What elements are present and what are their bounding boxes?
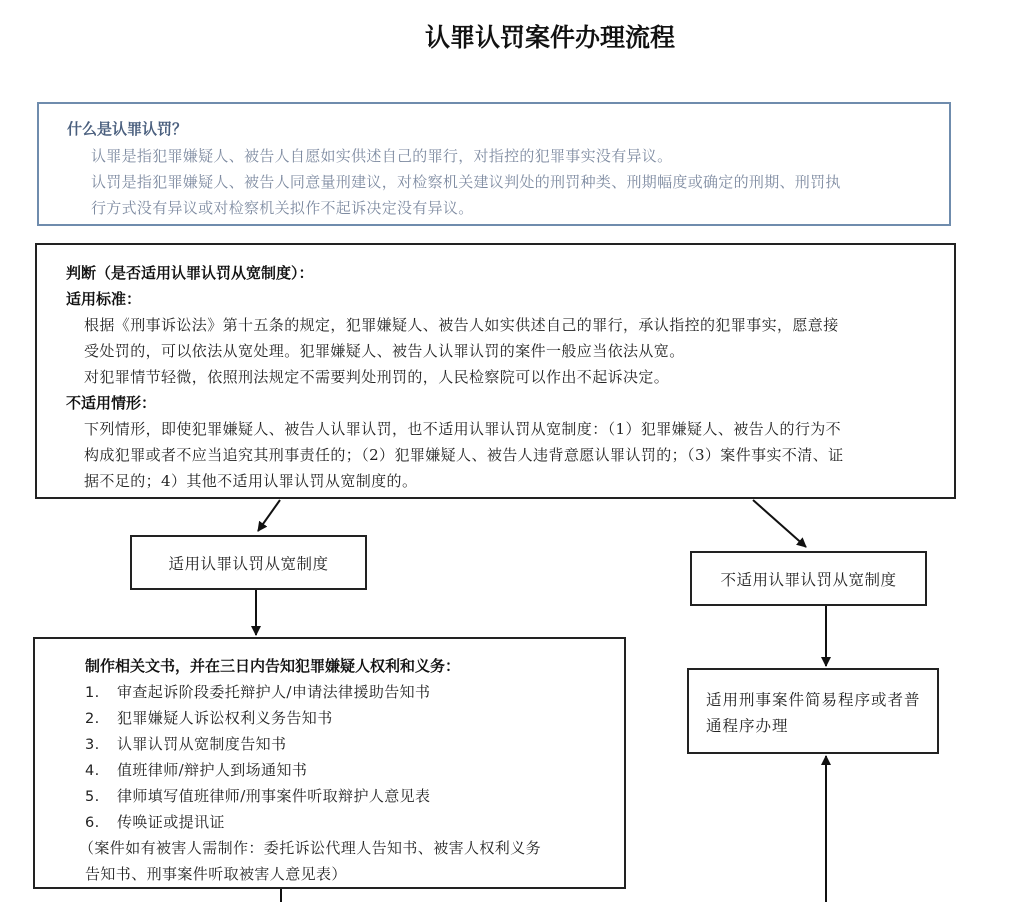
node-not-applicable: 不适用认罪认罚从宽制度 [690, 551, 927, 606]
definition-line: 认罚是指犯罪嫌疑人、被告人同意量刑建议，对检察机关建议判处的刑罚种类、刑期幅度或… [91, 171, 841, 192]
not-applicable-line: 下列情形，即使犯罪嫌疑人、被告人认罪认罚，也不适用认罪认罚从宽制度：（1）犯罪嫌… [84, 418, 841, 439]
node-procedure: 适用刑事案件简易程序或者普通程序办理 [687, 668, 939, 754]
applicable-criteria-heading: 适用标准： [66, 288, 141, 309]
documents-box: 制作相关文书，并在三日内告知犯罪嫌疑人权利和义务： 1.审查起诉阶段委托辩护人/… [33, 637, 626, 889]
document-item: 5.律师填写值班律师/刑事案件听取辩护人意见表 [85, 785, 430, 806]
judgment-box: 判断（是否适用认罪认罚从宽制度）： 适用标准： 根据《刑事诉讼法》第十五条的规定… [35, 243, 956, 499]
document-item: 2.犯罪嫌疑人诉讼权利义务告知书 [85, 707, 333, 728]
not-applicable-line: 构成犯罪或者不应当追究其刑事责任的；（2）犯罪嫌疑人、被告人违背意愿认罪认罚的；… [84, 444, 844, 465]
applicable-criteria-line: 对犯罪情节轻微，依照刑法规定不需要判处刑罚的，人民检察院可以作出不起诉决定。 [84, 366, 669, 387]
victim-note-line: （案件如有被害人需制作：委托诉讼代理人告知书、被害人权利义务 [79, 837, 541, 858]
node-not-applicable-label: 不适用认罪认罚从宽制度 [720, 568, 896, 590]
judgment-heading: 判断（是否适用认罪认罚从宽制度）： [66, 262, 314, 283]
definition-box: 什么是认罪认罚？ 认罪是指犯罪嫌疑人、被告人自愿如实供述自己的罪行，对指控的犯罪… [37, 102, 951, 226]
definition-heading: 什么是认罪认罚？ [67, 118, 187, 139]
node-procedure-label: 适用刑事案件简易程序或者普通程序办理 [706, 687, 931, 739]
arrow-to-not-applicable [753, 500, 806, 547]
node-applicable-label: 适用认罪认罚从宽制度 [168, 552, 328, 574]
arrow-to-applicable [258, 500, 280, 531]
applicable-criteria-line: 受处罚的，可以依法从宽处理。犯罪嫌疑人、被告人认罪认罚的案件一般应当依法从宽。 [84, 340, 685, 361]
documents-heading: 制作相关文书，并在三日内告知犯罪嫌疑人权利和义务： [85, 655, 460, 676]
definition-line: 认罪是指犯罪嫌疑人、被告人自愿如实供述自己的罪行，对指控的犯罪事实没有异议。 [91, 145, 672, 166]
document-item: 6.传唤证或提讯证 [85, 811, 225, 832]
definition-line: 行方式没有异议或对检察机关拟作不起诉决定没有异议。 [91, 197, 474, 218]
node-applicable: 适用认罪认罚从宽制度 [130, 535, 367, 590]
document-item: 1.审查起诉阶段委托辩护人/申请法律援助告知书 [85, 681, 430, 702]
page-title: 认罪认罚案件办理流程 [0, 18, 1016, 54]
not-applicable-heading: 不适用情形： [66, 392, 156, 413]
victim-note-line: 告知书、刑事案件听取被害人意见表） [85, 863, 347, 884]
document-item: 4.值班律师/辩护人到场通知书 [85, 759, 307, 780]
document-item: 3.认罪认罚从宽制度告知书 [85, 733, 286, 754]
applicable-criteria-line: 根据《刑事诉讼法》第十五条的规定，犯罪嫌疑人、被告人如实供述自己的罪行，承认指控… [84, 314, 839, 335]
not-applicable-line: 据不足的；4）其他不适用认罪认罚从宽制度的。 [84, 470, 417, 491]
